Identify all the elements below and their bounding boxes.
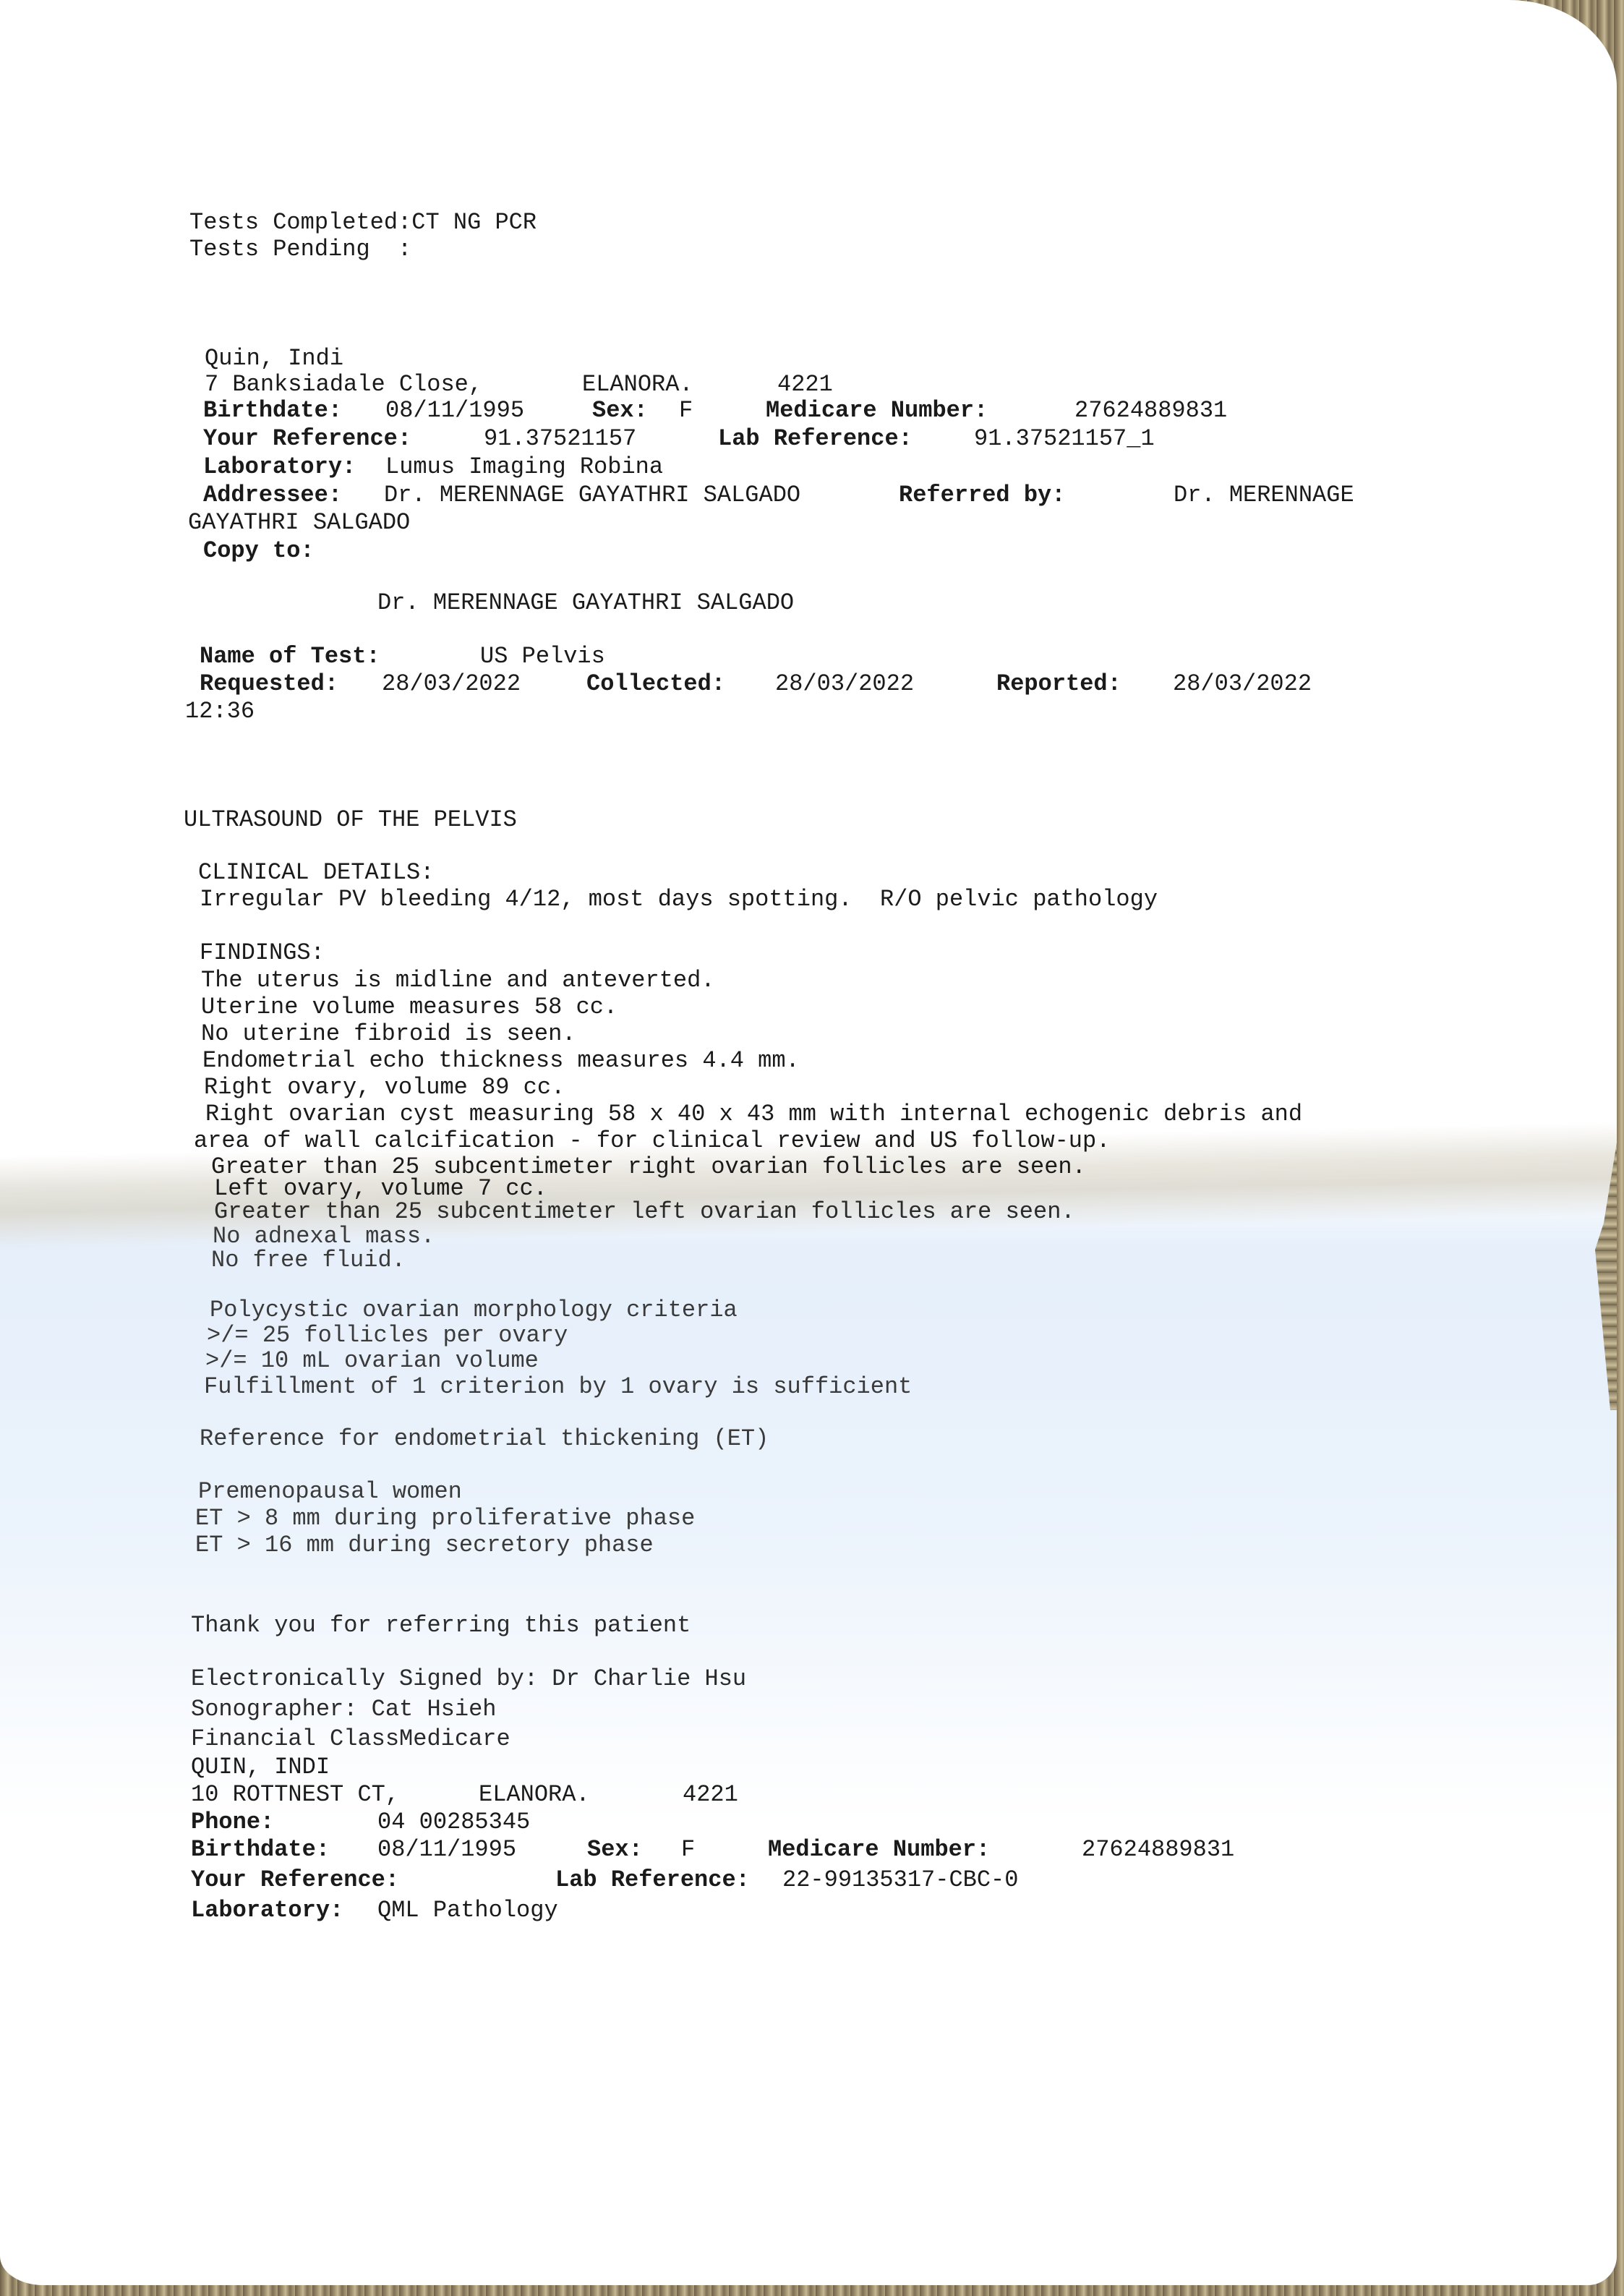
reported-value: 28/03/2022 [1173, 671, 1312, 697]
patient-reference-row: Your Reference:91.37521157Lab Reference:… [203, 426, 411, 452]
et-reference-line: ET > 16 mm during secretory phase [195, 1532, 654, 1558]
laboratory-row: Laboratory:Lumus Imaging Robina [203, 454, 356, 480]
footer-reference-row: Your Reference:Lab Reference:22-99135317… [191, 1867, 399, 1893]
et-reference-line: Premenopausal women [198, 1479, 462, 1505]
footer-suburb: ELANORA. [479, 1782, 590, 1808]
test-name-value: US Pelvis [480, 644, 605, 670]
patient-suburb: ELANORA. [582, 372, 693, 398]
reported-time: 12:36 [185, 699, 255, 725]
test-name-label: Name of Test: [200, 643, 380, 670]
referred-by-value: Dr. MERENNAGE [1174, 482, 1354, 508]
finding-line: area of wall calcification - for clinica… [194, 1128, 1110, 1154]
footer-patient-name: QUIN, INDI [191, 1754, 330, 1780]
patient-birthdate-row: Birthdate:08/11/1995Sex:FMedicare Number… [203, 398, 342, 424]
test-dates-row: Requested:28/03/2022Collected:28/03/2022… [200, 671, 338, 697]
medicare-value: 27624889831 [1074, 398, 1227, 424]
requested-value: 28/03/2022 [382, 671, 521, 697]
et-reference-line: ET > 8 mm during proliferative phase [195, 1506, 695, 1532]
sex-value: F [679, 398, 693, 424]
laboratory-value: Lumus Imaging Robina [385, 454, 663, 480]
reported-label: Reported: [996, 671, 1121, 697]
finding-line: Greater than 25 subcentimeter left ovari… [214, 1199, 1075, 1225]
addressee-label: Addressee: [203, 482, 342, 508]
sonographer: Sonographer: Cat Hsieh [191, 1697, 496, 1723]
referred-by-continued: GAYATHRI SALGADO [188, 510, 410, 536]
footer-medicare-label: Medicare Number: [768, 1837, 990, 1863]
medicare-label: Medicare Number: [766, 398, 988, 424]
footer-medicare-value: 27624889831 [1082, 1837, 1234, 1863]
pcom-criteria-line: Polycystic ovarian morphology criteria [210, 1297, 738, 1323]
patient-name: Quin, Indi [205, 346, 343, 372]
finding-line: Endometrial echo thickness measures 4.4 … [202, 1048, 800, 1074]
footer-lab-reference-label: Lab Reference: [555, 1867, 750, 1893]
your-reference-value: 91.37521157 [484, 426, 636, 452]
collected-value: 28/03/2022 [775, 671, 914, 697]
footer-address: 10 ROTTNEST CT, [191, 1781, 399, 1808]
copy-to-value: Dr. MERENNAGE GAYATHRI SALGADO [377, 590, 794, 616]
footer-phone-row: Phone:04 00285345 [191, 1809, 274, 1835]
copy-to-label: Copy to: [203, 538, 315, 564]
finding-line: Uterine volume measures 58 cc. [201, 994, 617, 1020]
tests-completed-row: Tests Completed:CT NG PCR [189, 210, 537, 236]
finding-line: No free fluid. [211, 1247, 406, 1273]
report-title: ULTRASOUND OF THE PELVIS [184, 807, 517, 833]
electronic-signature: Electronically Signed by: Dr Charlie Hsu [191, 1666, 746, 1692]
patient-postcode: 4221 [777, 372, 833, 398]
footer-lab-reference-value: 22-99135317-CBC-0 [782, 1867, 1018, 1893]
clinical-details-heading: CLINICAL DETAILS: [198, 860, 434, 886]
footer-laboratory-value: QML Pathology [377, 1898, 558, 1924]
phone-label: Phone: [191, 1809, 274, 1835]
footer-birthdate-row: Birthdate:08/11/1995Sex:FMedicare Number… [191, 1837, 330, 1863]
patient-address-row: 7 Banksiadale Close,ELANORA.4221 [205, 372, 482, 398]
addressee-row: Addressee:Dr. MERENNAGE GAYATHRI SALGADO… [203, 482, 342, 508]
birthdate-value: 08/11/1995 [385, 398, 524, 424]
finding-line: No uterine fibroid is seen. [201, 1021, 576, 1047]
footer-birthdate-label: Birthdate: [191, 1836, 330, 1863]
pcom-criteria-line: Fulfillment of 1 criterion by 1 ovary is… [204, 1374, 912, 1400]
patient-address: 7 Banksiadale Close, [205, 371, 482, 398]
referred-by-label: Referred by: [899, 482, 1065, 508]
financial-class: Financial ClassMedicare [191, 1726, 510, 1752]
footer-laboratory-row: Laboratory:QML Pathology [191, 1898, 343, 1924]
birthdate-label: Birthdate: [203, 397, 342, 424]
finding-line: No adnexal mass. [213, 1224, 435, 1250]
footer-your-reference-label: Your Reference: [191, 1866, 399, 1893]
tests-completed-label: Tests Completed: [189, 209, 411, 236]
findings-heading: FINDINGS: [200, 940, 325, 966]
clinical-details-text: Irregular PV bleeding 4/12, most days sp… [200, 887, 1158, 913]
collected-label: Collected: [586, 671, 725, 697]
tests-completed-value: CT NG PCR [411, 209, 537, 236]
tests-pending-label: Tests Pending : [189, 236, 411, 263]
finding-line: Right ovarian cyst measuring 58 x 40 x 4… [205, 1101, 1302, 1127]
laboratory-label: Laboratory: [203, 453, 356, 480]
report-document: Tests Completed:CT NG PCR Tests Pending … [0, 0, 27, 1712]
requested-label: Requested: [200, 670, 338, 697]
footer-laboratory-label: Laboratory: [191, 1897, 343, 1924]
phone-value: 04 00285345 [377, 1809, 530, 1835]
pcom-criteria-line: >/= 10 mL ovarian volume [205, 1348, 539, 1374]
sex-label: Sex: [592, 398, 648, 424]
footer-sex-value: F [681, 1837, 695, 1863]
et-reference-heading: Reference for endometrial thickening (ET… [200, 1426, 769, 1452]
pcom-criteria-line: >/= 25 follicles per ovary [207, 1323, 568, 1349]
footer-birthdate-value: 08/11/1995 [377, 1837, 516, 1863]
footer-sex-label: Sex: [587, 1837, 643, 1863]
your-reference-label: Your Reference: [203, 425, 411, 452]
test-name-row: Name of Test:US Pelvis [200, 644, 380, 670]
finding-line: Right ovary, volume 89 cc. [204, 1075, 565, 1101]
tests-pending-row: Tests Pending : [189, 236, 411, 263]
finding-line: The uterus is midline and anteverted. [201, 968, 715, 994]
lab-reference-value: 91.37521157_1 [974, 426, 1155, 452]
lab-reference-label: Lab Reference: [718, 426, 913, 452]
addressee-value: Dr. MERENNAGE GAYATHRI SALGADO [384, 482, 800, 508]
footer-address-row: 10 ROTTNEST CT,ELANORA.4221 [191, 1782, 399, 1808]
footer-postcode: 4221 [683, 1782, 738, 1808]
thank-you-note: Thank you for referring this patient [191, 1613, 691, 1639]
